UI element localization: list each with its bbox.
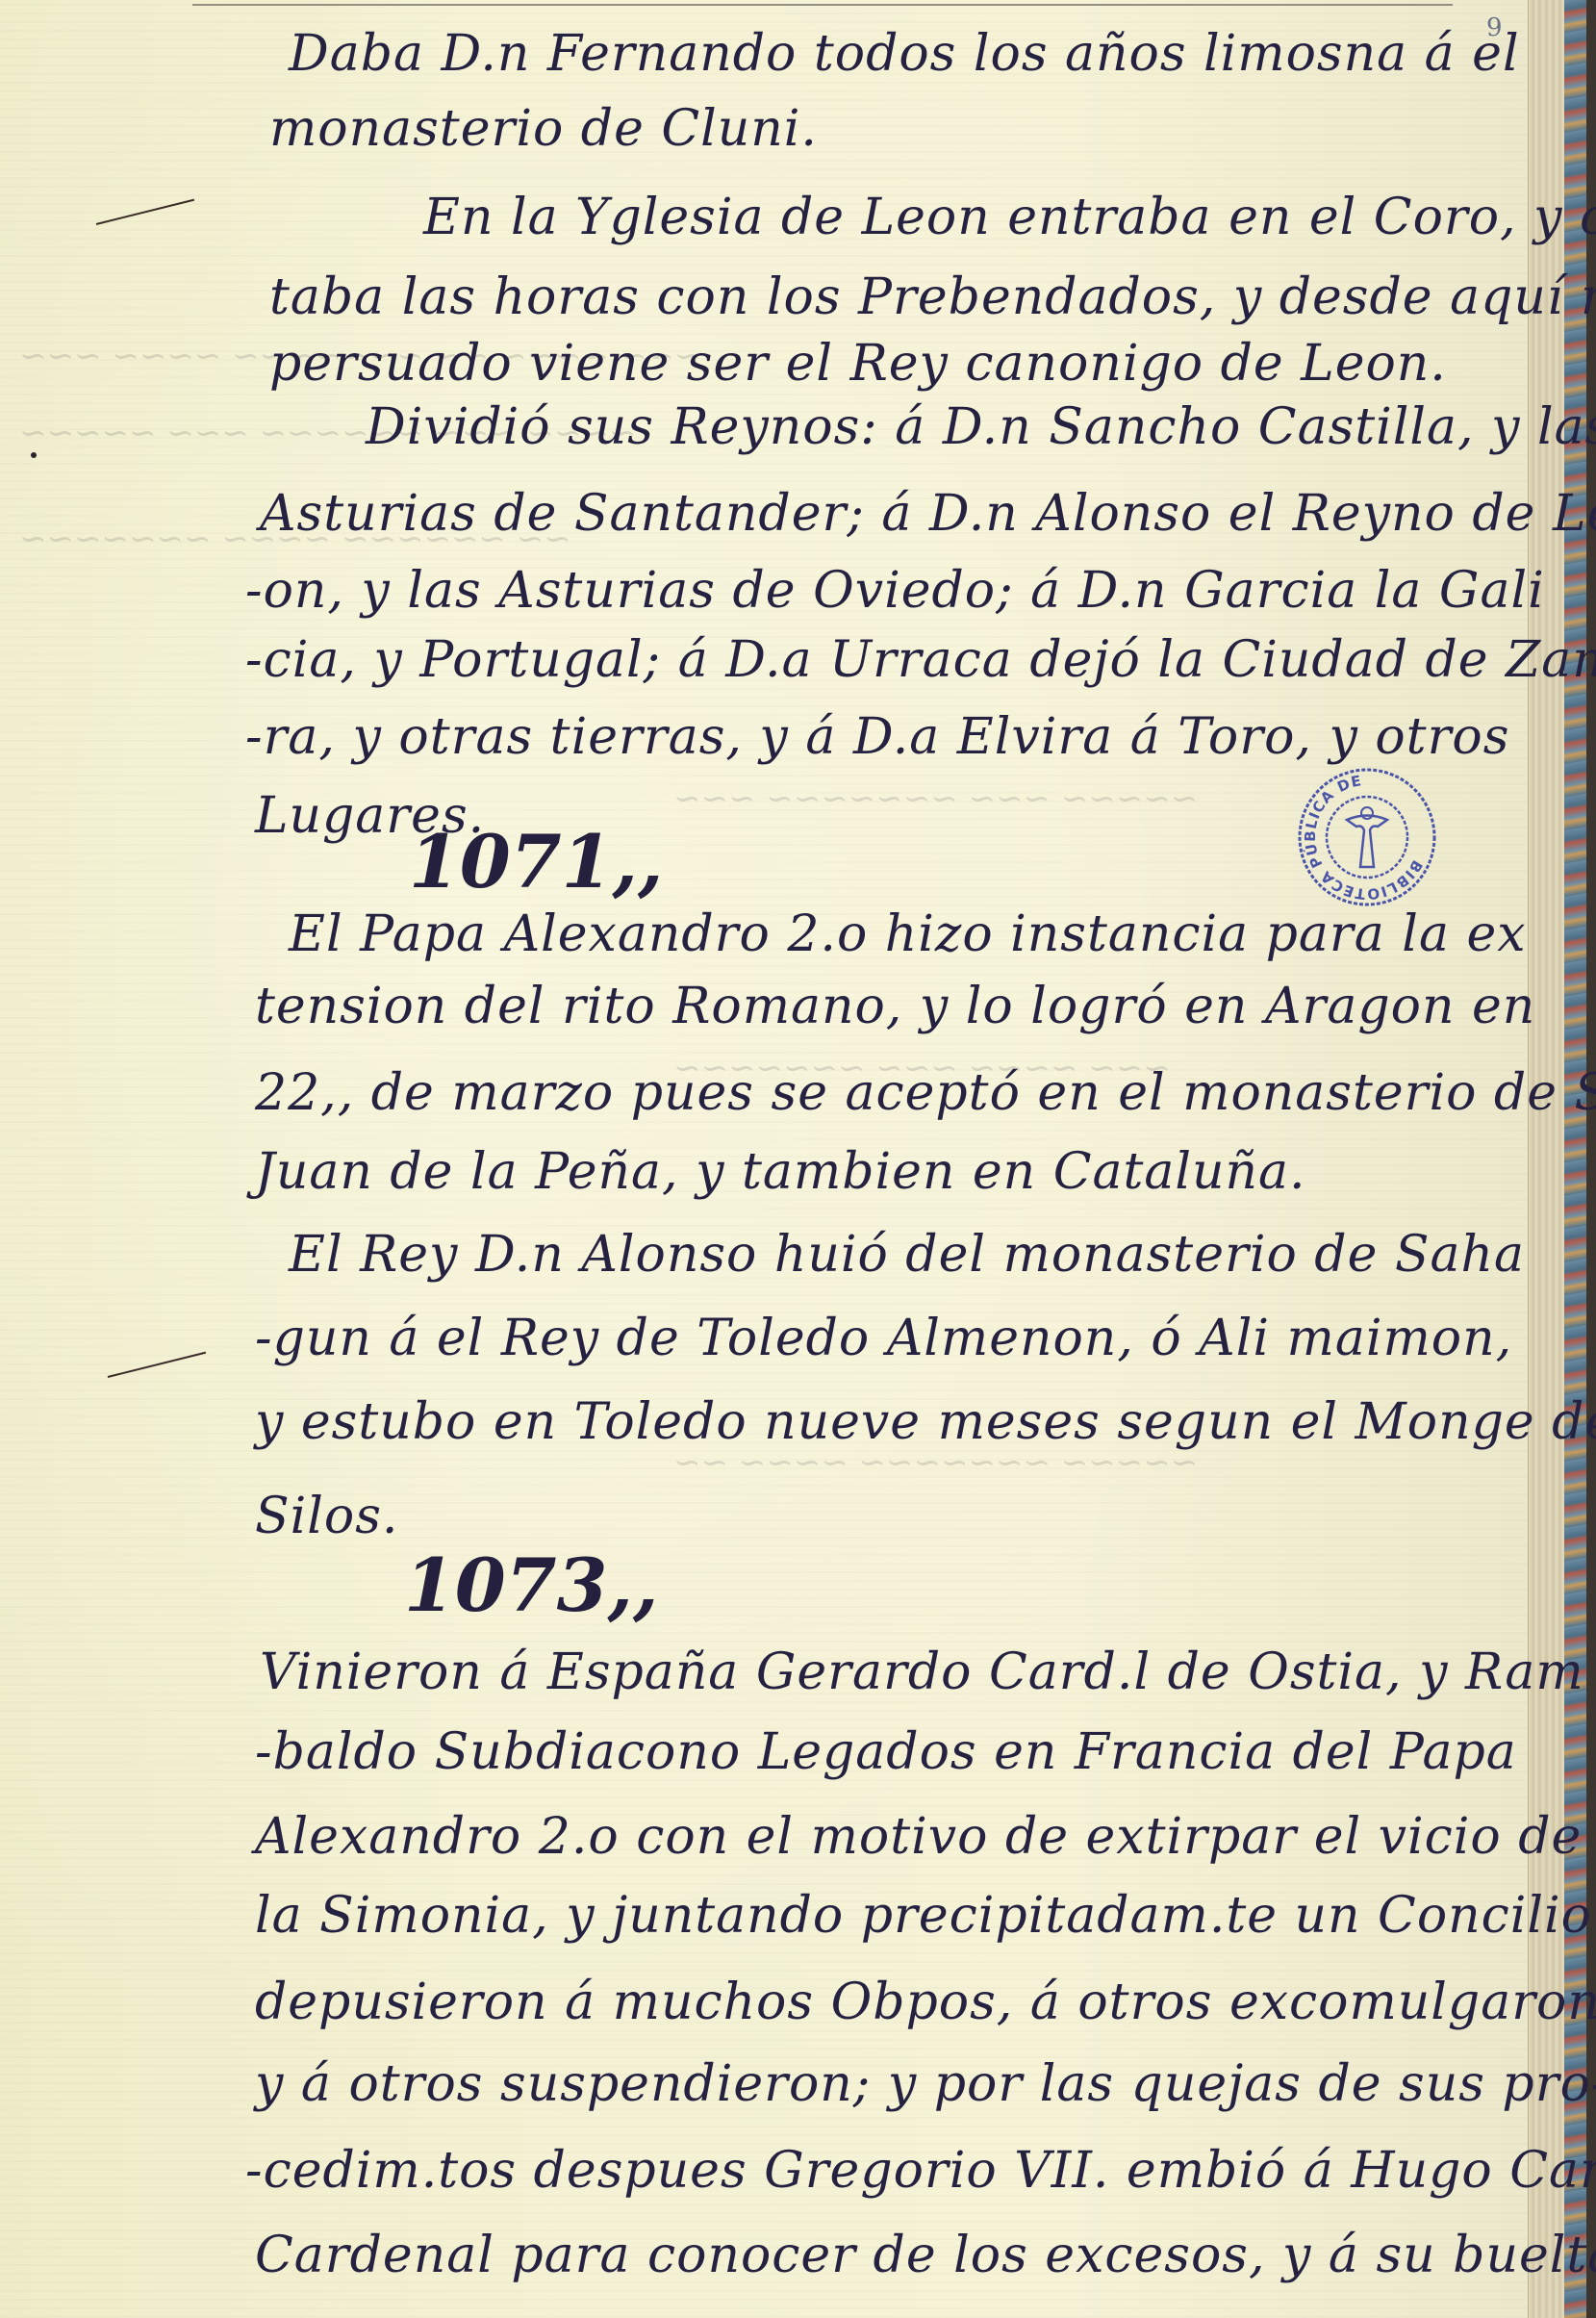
library-stamp-seal-icon: BIBLIOTECA PÚBLICA DE [1297,767,1437,907]
manuscript-line: El Rey D.n Alonso huió del monasterio de… [289,1230,1525,1280]
manuscript-line: En la Yglesia de Leon entraba en el Coro… [423,192,1596,242]
manuscript-line: Asturias de Santander; á D.n Alonso el R… [260,489,1596,539]
manuscript-line: la Simonia, y juntando precipitadam.te u… [255,1891,1592,1941]
manuscript-line: persuado viene ser el Rey canonigo de Le… [269,339,1447,389]
manuscript-line: depusieron á muchos Obpos, á otros excom… [255,1977,1596,2027]
svg-text:BIBLIOTECA PÚBLICA DE: BIBLIOTECA PÚBLICA DE [1297,767,1437,907]
manuscript-line: Daba D.n Fernando todos los años limosna… [289,29,1520,79]
manuscript-line: -ra, y otras tierras, y á D.a Elvira á T… [245,712,1509,762]
manuscript-line: taba las horas con los Prebendados, y de… [269,272,1596,322]
manuscript-line: Silos. [255,1491,398,1541]
manuscript-line: -baldo Subdiacono Legados en Francia del… [255,1727,1517,1777]
manuscript-line: 22,, de marzo pues se aceptó en el monas… [255,1068,1596,1118]
manuscript-line: -cia, y Portugal; á D.a Urraca dejó la C… [245,635,1596,685]
library-stamp: BIBLIOTECA PÚBLICA DE [1297,767,1437,907]
year-heading: 1071,, [409,826,663,899]
manuscript-line: Dividió sus Reynos: á D.n Sancho Castill… [366,402,1596,452]
manuscript-viewer: ~~~ ~~~~ ~~ ~~~~~~~ ~~~~ ~~~ ~~~~ ~~~ ~~… [0,0,1596,2318]
manuscript-line: -on, y las Asturias de Oviedo; á D.n Gar… [245,566,1545,616]
manuscript-line: monasterio de Cluni. [269,104,818,154]
manuscript-line: y á otros suspendieron; y por las quejas… [255,2059,1596,2109]
manuscript-line: y estubo en Toledo nueve meses segun el … [255,1397,1596,1447]
page-top-edge [192,4,1453,6]
book-page-edges [1528,0,1565,2318]
manuscript-line: tension del rito Romano, y lo logró en A… [255,981,1535,1032]
year-heading: 1073,, [404,1549,658,1622]
manuscript-line: -cedim.tos despues Gregorio VII. embió á… [245,2146,1596,2196]
manuscript-line: Juan de la Peña, y tambien en Cataluña. [255,1147,1306,1197]
manuscript-line: Alexandro 2.o con el motivo de extirpar … [255,1812,1582,1862]
margin-dot [31,452,37,458]
manuscript-line: -gun á el Rey de Toledo Almenon, ó Ali m… [255,1313,1512,1363]
marbled-book-cover [1564,0,1596,2318]
manuscript-line: Cardenal para conocer de los excesos, y … [255,2230,1596,2280]
manuscript-line: El Papa Alexandro 2.o hizo instancia par… [289,909,1527,959]
manuscript-line: Vinieron á España Gerardo Card.l de Osti… [260,1647,1584,1697]
